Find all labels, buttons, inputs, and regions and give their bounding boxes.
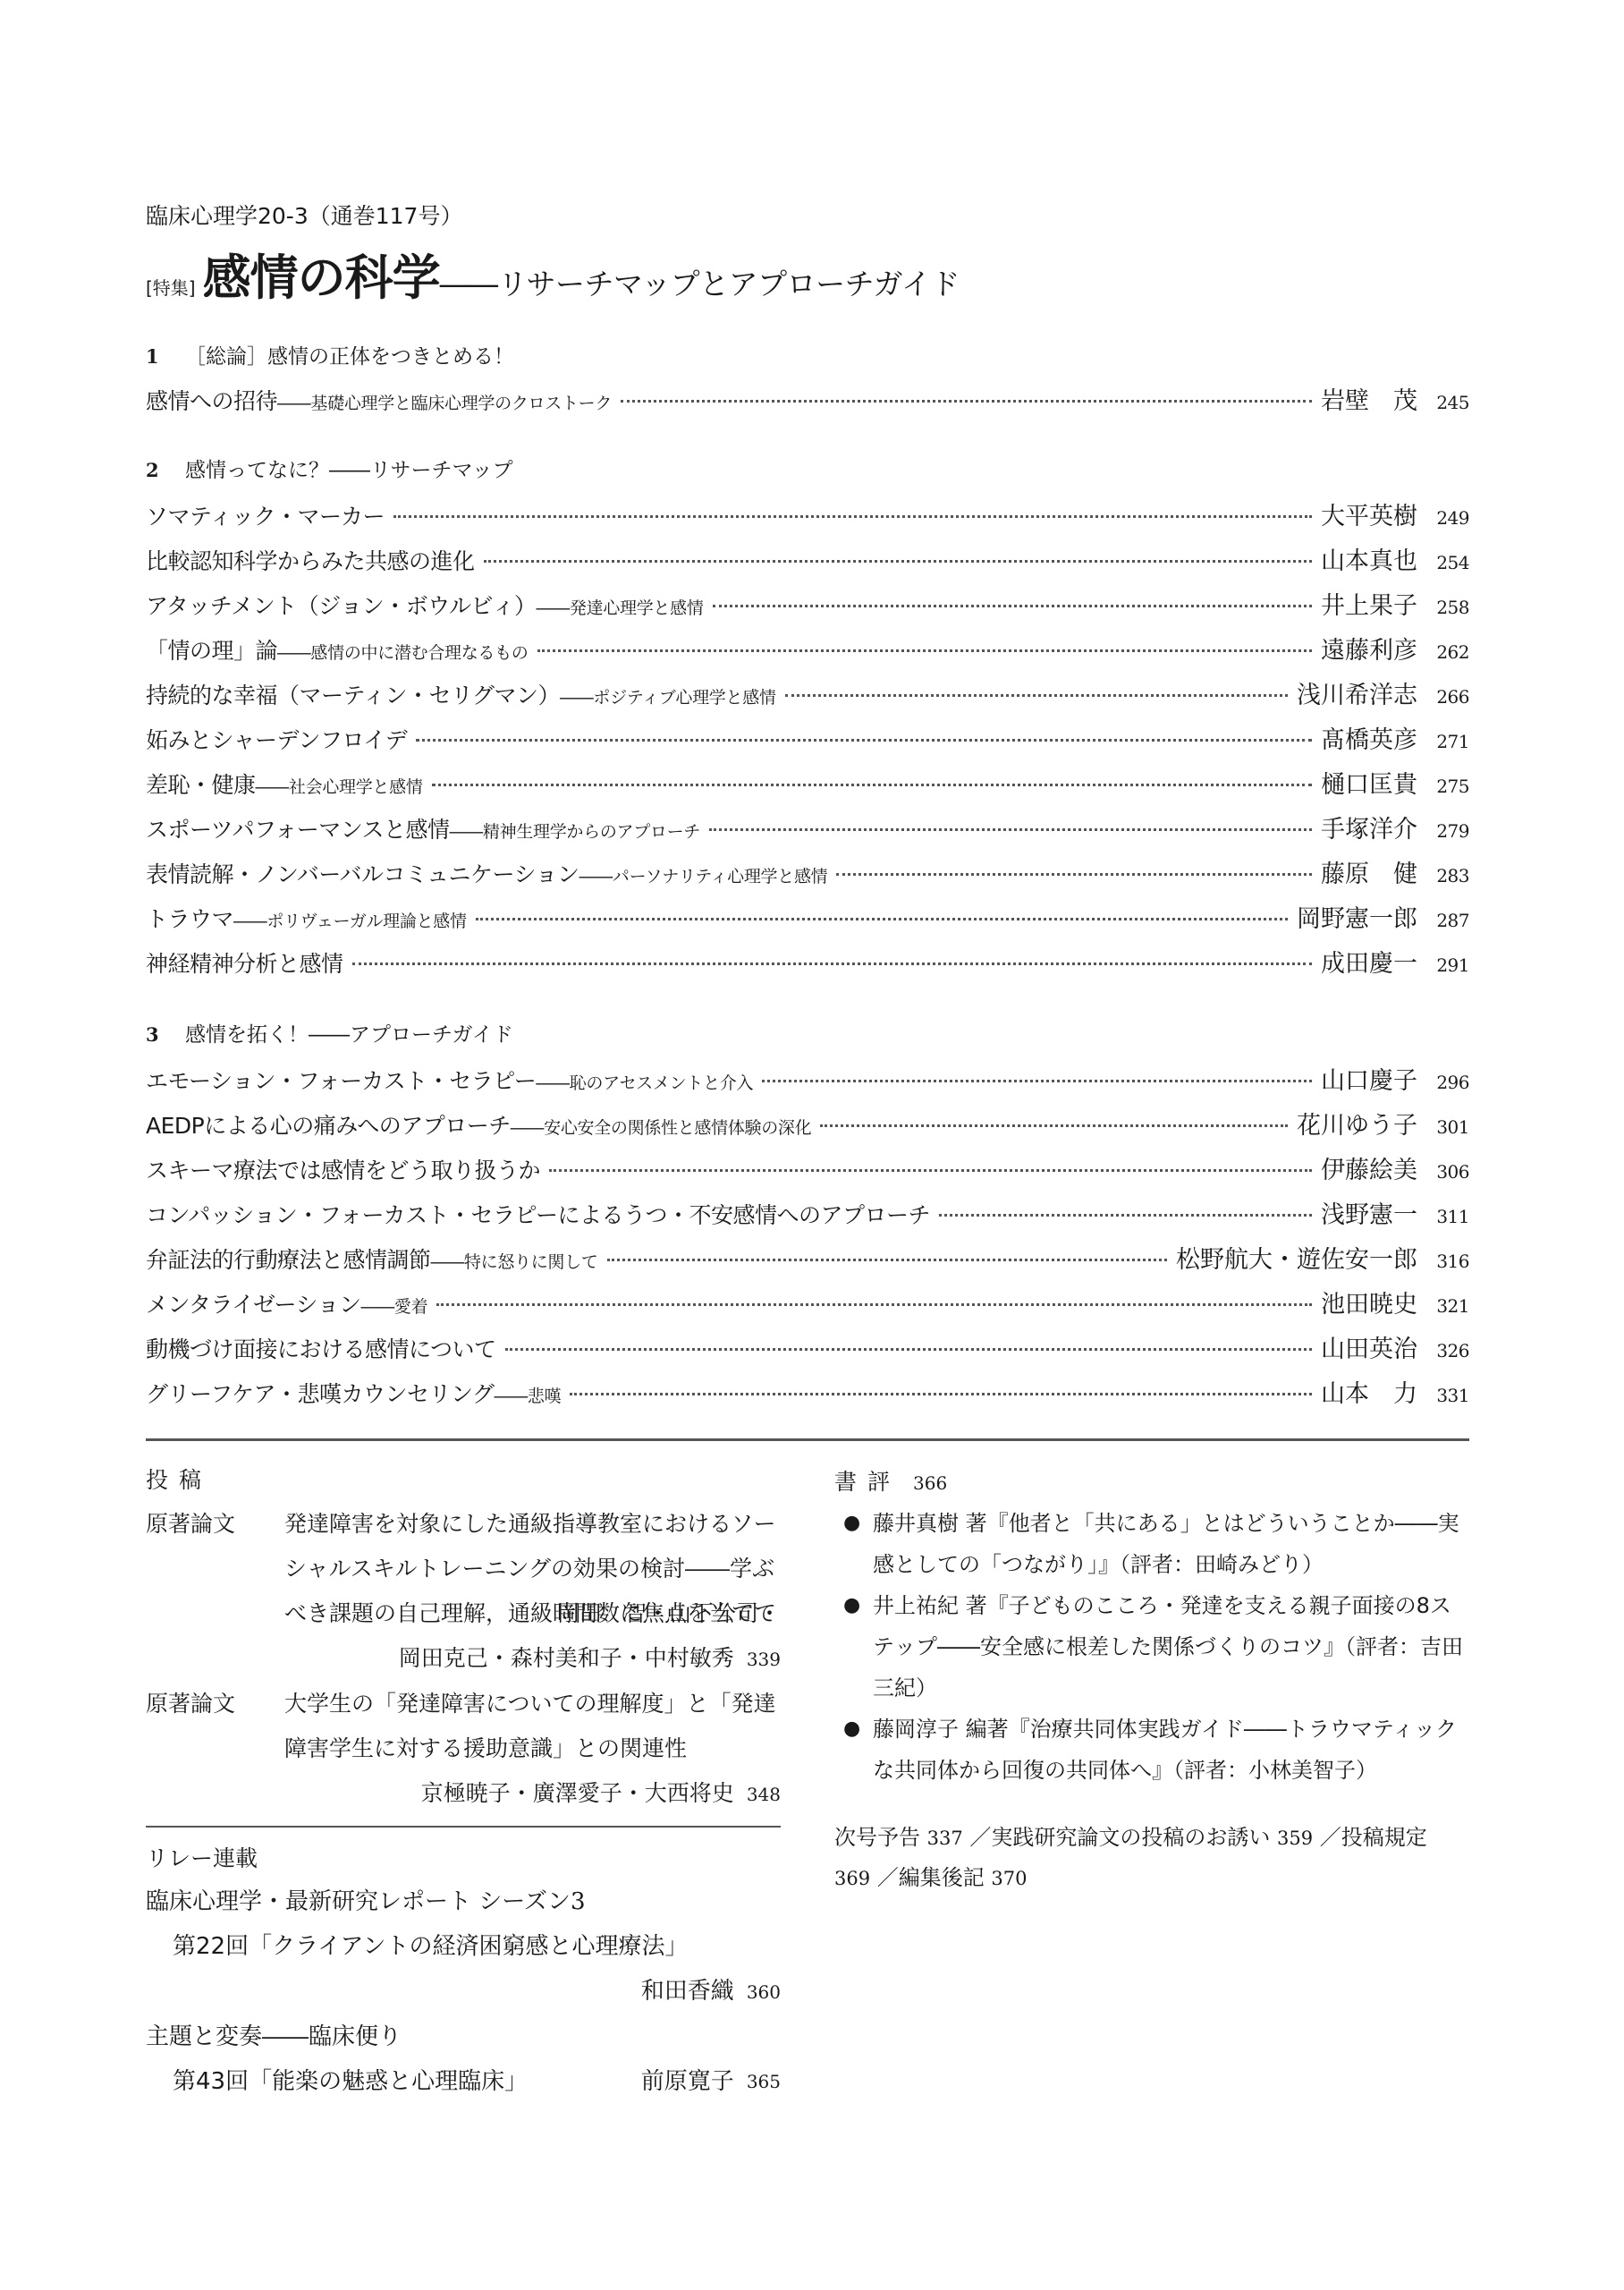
toc-entry[interactable]: グリーフケア・悲嘆カウンセリング――悲嘆山本 力331 (146, 1374, 1469, 1410)
leader-dots (607, 1259, 1167, 1261)
submission-label: 原著論文 (146, 1682, 284, 1817)
entry-author: 髙橋英彦 (1321, 720, 1417, 755)
rules-page: 369 (834, 1868, 870, 1889)
submission-title: 大学生の「発達障害についての理解度」と「発達障害学生に対する援助意識」との関連性 (284, 1682, 781, 1771)
entry-author: 岩壁 茂 (1321, 381, 1417, 416)
section-heading-3: 3 感情を拓く！――アプローチガイド (146, 1018, 513, 1047)
leader-dots (416, 739, 1312, 742)
entry-page: 266 (1417, 686, 1469, 708)
next-issue-label: 次号予告 (834, 1825, 920, 1850)
entry-page: 291 (1417, 954, 1469, 976)
entry-title: 差恥・健康 (146, 768, 256, 800)
relay-page: 360 (747, 1981, 781, 2003)
entry-subtitle: ――基礎心理学と臨床心理学のクロストーク (277, 390, 612, 414)
toc-entry[interactable]: 持続的な幸福（マーティン・セリグマン）――ポジティブ心理学と感情浅川希洋志266 (146, 675, 1469, 711)
entry-title: 比較認知科学からみた共感の進化 (146, 544, 475, 576)
issue-number: 臨床心理学20-3（通巻117号） (146, 199, 462, 231)
review-item[interactable]: ● 藤岡淳子 編著『治療共同体実践ガイド――トラウマティックな共同体から回復の共… (834, 1709, 1469, 1791)
entry-subtitle: ――悲嘆 (495, 1383, 562, 1407)
entry-author: 山田英治 (1321, 1329, 1417, 1364)
relay-series-name: 臨床心理学・最新研究レポート シーズン3 (146, 1879, 781, 1924)
section-title: ［総論］感情の正体をつきとめる！ (185, 340, 514, 369)
leader-dots (713, 605, 1312, 607)
entry-subtitle: ――感情の中に潜む合理なるもの (277, 640, 529, 664)
submission-item[interactable]: 原著論文 発達障害を対象にした通級指導教室におけるソーシャルスキルトレーニングの… (146, 1502, 781, 1682)
invite-label: 実践研究論文の投稿のお誘い (991, 1825, 1270, 1850)
entry-page: 296 (1417, 1072, 1469, 1093)
entry-title: 弁証法的行動療法と感情調節 (146, 1243, 431, 1275)
submission-page: 339 (747, 1649, 781, 1670)
leader-dots (393, 515, 1312, 518)
entry-page: 279 (1417, 820, 1469, 842)
postscript-label: 編集後記 (899, 1865, 985, 1890)
entry-author: 浅野憲一 (1321, 1195, 1417, 1230)
entry-page: 311 (1417, 1206, 1469, 1227)
toc-entry[interactable]: 弁証法的行動療法と感情調節――特に怒りに関して松野航大・遊佐安一郎316 (146, 1240, 1469, 1276)
rules-label: 投稿規定 (1341, 1825, 1427, 1850)
entry-title: 「情の理」論 (146, 633, 277, 666)
entry-page: 271 (1417, 731, 1469, 752)
right-column: 書評 366 ● 藤井真樹 著『他者と「共にある」とはどういうことか――実感とし… (834, 1463, 1469, 1898)
reviews-heading: 書評 366 (834, 1463, 1469, 1503)
entry-author: 遠藤利彦 (1321, 631, 1417, 666)
invite-link[interactable]: 実践研究論文の投稿のお誘い 359 (991, 1825, 1313, 1850)
entry-author: 岡野憲一郎 (1297, 899, 1417, 934)
toc-entry[interactable]: コンパッション・フォーカスト・セラピーによるうつ・不安感情へのアプローチ浅野憲一… (146, 1195, 1469, 1231)
entry-title: エモーション・フォーカスト・セラピー (146, 1064, 536, 1096)
toc-entry[interactable]: 「情の理」論――感情の中に潜む合理なるもの遠藤利彦262 (146, 631, 1469, 666)
entry-title: トラウマ (146, 902, 233, 934)
leader-dots (621, 400, 1312, 403)
entry-subtitle: ――社会心理学と感情 (256, 774, 423, 798)
toc-entry[interactable]: 感情への招待――基礎心理学と臨床心理学のクロストーク 岩壁 茂 245 (146, 381, 1469, 417)
separator: ／ (1320, 1825, 1341, 1850)
entry-author: 手塚洋介 (1321, 810, 1417, 844)
feature-tag: [特集] (146, 274, 196, 300)
review-text: 井上祐紀 著『子どものこころ・発達を支える親子面接の8ステップ――安全感に根差し… (873, 1593, 1463, 1701)
entry-page: 249 (1417, 507, 1469, 529)
entry-title: 表情読解・ノンバーバルコミュニケーション (146, 857, 579, 889)
leader-dots (537, 649, 1312, 652)
entry-title: 妬みとシャーデンフロイデ (146, 723, 407, 755)
leader-dots (709, 828, 1312, 831)
feature-title-sub: ――リサーチマップとアプローチガイド (440, 261, 960, 303)
entry-page: 321 (1417, 1295, 1469, 1317)
feature-title-main: 感情の科学 (203, 240, 440, 309)
relay-author: 和田香織 (641, 1978, 734, 2005)
entry-page: 275 (1417, 776, 1469, 797)
relay-page: 365 (747, 2059, 781, 2104)
entry-page: 258 (1417, 597, 1469, 618)
leader-dots (549, 1169, 1312, 1172)
next-issue-page: 337 (927, 1828, 963, 1849)
toc-entry[interactable]: 神経精神分析と感情成田慶一291 (146, 944, 1469, 980)
leader-dots (352, 963, 1312, 965)
section-number: 2 (146, 459, 185, 481)
section-heading-1: 1 ［総論］感情の正体をつきとめる！ (146, 340, 514, 369)
submission-label: 原著論文 (146, 1502, 284, 1682)
toc-entry[interactable]: スキーマ療法では感情をどう取り扱うか伊藤絵美306 (146, 1150, 1469, 1186)
entry-subtitle: ――精神生理学からのアプローチ (450, 818, 701, 843)
entry-author: 藤原 健 (1321, 854, 1417, 889)
divider (146, 1438, 1469, 1441)
leader-dots (836, 873, 1312, 876)
relay-episode: 第43回「能楽の魅惑と心理臨床」 (173, 2059, 641, 2104)
entry-subtitle: ――恥のアセスメントと介入 (536, 1070, 753, 1094)
feature-title: [特集] 感情の科学 ――リサーチマップとアプローチガイド (146, 240, 960, 309)
entry-author: 松野航大・遊佐安一郎 (1176, 1240, 1417, 1275)
submission-authors-2: 岡田克己・森村美和子・中村敏秀 (399, 1645, 734, 1671)
toc-entry[interactable]: スポーツパフォーマンスと感情――精神生理学からのアプローチ手塚洋介279 (146, 810, 1469, 845)
misc-links: 次号予告 337 ／実践研究論文の投稿のお誘い 359 ／投稿規定 369 ／編… (834, 1818, 1469, 1898)
leader-dots (820, 1124, 1288, 1127)
next-issue-link[interactable]: 次号予告 337 (834, 1825, 963, 1850)
section-title: 感情を拓く！――アプローチガイド (185, 1018, 513, 1047)
review-text: 藤井真樹 著『他者と「共にある」とはどういうことか――実感としての「つながり」』… (873, 1511, 1459, 1577)
toc-entry[interactable]: 差恥・健康――社会心理学と感情樋口匡貴275 (146, 765, 1469, 801)
section-number: 3 (146, 1023, 185, 1046)
submissions-heading: 投稿 (146, 1463, 781, 1495)
bullet-icon: ● (843, 1503, 860, 1544)
entry-title: 神経精神分析と感情 (146, 946, 343, 979)
toc-entry[interactable]: 比較認知科学からみた共感の進化山本真也254 (146, 541, 1469, 577)
toc-entry[interactable]: ソマティック・マーカー大平英樹249 (146, 496, 1469, 532)
relay-author: 前原寛子 (641, 2059, 734, 2104)
entry-subtitle: ――安心安全の関係性と感情体験の深化 (511, 1115, 812, 1139)
entry-title: メンタライゼーション (146, 1287, 361, 1319)
entry-author: 花川ゆう子 (1297, 1106, 1417, 1141)
separator: ／ (877, 1865, 899, 1890)
entry-author: 山口慶子 (1321, 1061, 1417, 1096)
entry-title: 持続的な幸福（マーティン・セリグマン） (146, 678, 560, 710)
entry-subtitle: ――ポジティブ心理学と感情 (560, 684, 776, 708)
entry-page: 306 (1417, 1161, 1469, 1183)
toc-entry[interactable]: 表情読解・ノンバーバルコミュニケーション――パーソナリティ心理学と感情藤原 健2… (146, 854, 1469, 890)
entry-author: 山本真也 (1321, 541, 1417, 576)
leader-dots (570, 1393, 1312, 1395)
entry-title: スキーマ療法では感情をどう取り扱うか (146, 1153, 540, 1185)
leader-dots (476, 918, 1288, 920)
entry-title: コンパッション・フォーカスト・セラピーによるうつ・不安感情へのアプローチ (146, 1198, 930, 1230)
review-item[interactable]: ● 井上祐紀 著『子どものこころ・発達を支える親子面接の8ステップ――安全感に根… (834, 1585, 1469, 1709)
leader-dots (939, 1214, 1312, 1217)
section-title: 感情ってなに？――リサーチマップ (185, 454, 513, 483)
entry-subtitle: ――愛着 (361, 1293, 428, 1318)
entry-page: 287 (1417, 910, 1469, 931)
review-item[interactable]: ● 藤井真樹 著『他者と「共にある」とはどういうことか――実感としての「つながり… (834, 1503, 1469, 1585)
entry-page: 262 (1417, 641, 1469, 663)
entry-title: 感情への招待 (146, 384, 277, 416)
submission-item[interactable]: 原著論文 大学生の「発達障害についての理解度」と「発達障害学生に対する援助意識」… (146, 1682, 781, 1817)
toc-entry[interactable]: 妬みとシャーデンフロイデ髙橋英彦271 (146, 720, 1469, 756)
toc-entry[interactable]: エモーション・フォーカスト・セラピー――恥のアセスメントと介入山口慶子296 (146, 1061, 1469, 1097)
toc-entry[interactable]: 動機づけ面接における感情について山田英治326 (146, 1329, 1469, 1365)
section-number: 1 (146, 345, 185, 368)
leader-dots (505, 1348, 1312, 1351)
leader-dots (484, 560, 1312, 563)
entry-page: 283 (1417, 865, 1469, 886)
bullet-icon: ● (843, 1585, 860, 1626)
submission-page: 348 (747, 1784, 781, 1805)
leader-dots (436, 1303, 1312, 1306)
entry-title: アタッチメント（ジョン・ボウルビィ） (146, 589, 537, 621)
leader-dots (762, 1080, 1312, 1082)
entry-author: 成田慶一 (1321, 944, 1417, 979)
entry-title: AEDPによる心の痛みへのアプローチ (146, 1108, 511, 1141)
separator: ／ (969, 1825, 991, 1850)
leader-dots (432, 784, 1312, 786)
entry-subtitle: ――発達心理学と感情 (537, 595, 704, 619)
postscript-link[interactable]: 編集後記 370 (899, 1865, 1028, 1890)
entry-author: 浅川希洋志 (1297, 675, 1417, 710)
entry-subtitle: ――パーソナリティ心理学と感情 (579, 863, 828, 887)
entry-author: 大平英樹 (1321, 496, 1417, 531)
review-text: 藤岡淳子 編著『治療共同体実践ガイド――トラウマティックな共同体から回復の共同体… (873, 1717, 1457, 1783)
entry-author: 樋口匡貴 (1321, 765, 1417, 800)
relay-series-name: 主題と変奏――臨床便り (146, 2014, 781, 2059)
entry-page: 245 (1417, 392, 1469, 413)
entry-title: 動機づけ面接における感情について (146, 1332, 496, 1364)
entry-page: 331 (1417, 1385, 1469, 1406)
entry-page: 254 (1417, 552, 1469, 573)
bullet-icon: ● (843, 1709, 860, 1750)
entry-title: グリーフケア・悲嘆カウンセリング (146, 1377, 495, 1409)
entry-title: スポーツパフォーマンスと感情 (146, 812, 450, 844)
entry-page: 301 (1417, 1116, 1469, 1138)
toc-entry[interactable]: トラウマ――ポリヴェーガル理論と感情岡野憲一郎287 (146, 899, 1469, 935)
divider (146, 1826, 781, 1828)
reviews-page: 366 (913, 1463, 947, 1503)
invite-page: 359 (1277, 1828, 1313, 1849)
left-column: 投稿 原著論文 発達障害を対象にした通級指導教室におけるソーシャルスキルトレーニ… (146, 1463, 781, 2104)
reviews-title: 書評 (834, 1463, 901, 1502)
entry-author: 井上果子 (1321, 586, 1417, 621)
toc-entry[interactable]: アタッチメント（ジョン・ボウルビィ）――発達心理学と感情井上果子258 (146, 586, 1469, 622)
toc-entry[interactable]: メンタライゼーション――愛着池田暁史321 (146, 1285, 1469, 1320)
entry-author: 伊藤絵美 (1321, 1150, 1417, 1185)
entry-page: 326 (1417, 1340, 1469, 1361)
entry-subtitle: ――ポリヴェーガル理論と感情 (233, 908, 467, 932)
submission-authors: 京極暁子・廣澤愛子・大西将史 (421, 1780, 734, 1806)
relay-heading: リレー連載 (146, 1838, 781, 1879)
relay-series[interactable]: 主題と変奏――臨床便り 第43回「能楽の魅惑と心理臨床」 前原寛子365 (146, 2014, 781, 2104)
entry-title: ソマティック・マーカー (146, 499, 385, 531)
entry-subtitle: ――特に怒りに関して (431, 1249, 598, 1273)
entry-author: 池田暁史 (1321, 1285, 1417, 1319)
relay-episode: 第22回「クライアントの経済困窮感と心理療法」 (146, 1924, 781, 1969)
entry-author: 山本 力 (1321, 1374, 1417, 1409)
entry-page: 316 (1417, 1251, 1469, 1272)
postscript-page: 370 (991, 1868, 1027, 1889)
section-heading-2: 2 感情ってなに？――リサーチマップ (146, 454, 513, 483)
toc-entry[interactable]: AEDPによる心の痛みへのアプローチ――安心安全の関係性と感情体験の深化花川ゆう… (146, 1106, 1469, 1141)
relay-series[interactable]: 臨床心理学・最新研究レポート シーズン3 第22回「クライアントの経済困窮感と心… (146, 1879, 781, 2014)
leader-dots (785, 694, 1288, 697)
